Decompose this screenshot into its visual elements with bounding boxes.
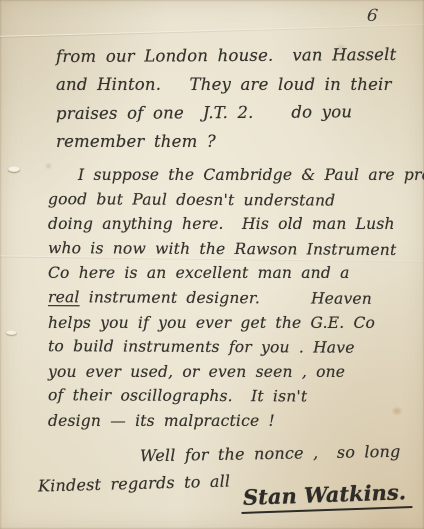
handwritten-line: doing anything here. His old man Lush (48, 214, 400, 239)
letter-page: 6 from our London house. van Hasselt and… (0, 0, 424, 529)
handwritten-line: you ever used, or even seen , one (48, 362, 400, 387)
handwritten-line: of their oscillographs. It isn't (48, 385, 400, 411)
handwritten-line: and Hinton. They are loud in their (56, 73, 400, 102)
handwritten-line: real instrument designer. Heaven (48, 287, 400, 313)
handwritten-line: Co here is an excellent man and a (48, 263, 400, 288)
handwritten-line: good but Paul doesn't understand (48, 189, 400, 215)
paper-chip (8, 166, 20, 172)
handwritten-line: helps you if you ever get the G.E. Co (48, 313, 400, 338)
handwritten-line: design — its malpractice ! (48, 411, 400, 436)
handwritten-line: praises of one J.T. 2. do you (56, 100, 400, 131)
handwritten-line: who is now with the Rawson Instrument (48, 238, 400, 264)
paper-crease (0, 24, 424, 38)
closing-block: Well for the nonce , so long Kindest reg… (48, 444, 400, 503)
letter-body: from our London house. van Hasselt and H… (48, 44, 400, 503)
page-number: 6 (366, 5, 379, 26)
closing-line: Well for the nonce , so long (140, 441, 400, 474)
line-text: instrument designer. (80, 287, 261, 313)
handwritten-line: I suppose the Cambridge & Paul are prett… (48, 165, 400, 190)
underlined-word: real (48, 287, 80, 312)
paragraph-1: from our London house. van Hasselt and H… (56, 44, 400, 158)
handwritten-line: remember them ? (56, 130, 400, 159)
handwritten-line: from our London house. van Hasselt (56, 43, 400, 74)
paragraph-2: I suppose the Cambridge & Paul are prett… (48, 165, 400, 436)
paper-chip (6, 330, 17, 335)
closing-regards: Kindest regards to all (38, 471, 231, 495)
line-text-right: Heaven (311, 288, 372, 313)
signature: Stan Watkins. (240, 479, 412, 514)
handwritten-line: to build instruments for you . Have (48, 336, 400, 362)
closing-row: Kindest regards to all Stan Watkins. (38, 474, 400, 503)
